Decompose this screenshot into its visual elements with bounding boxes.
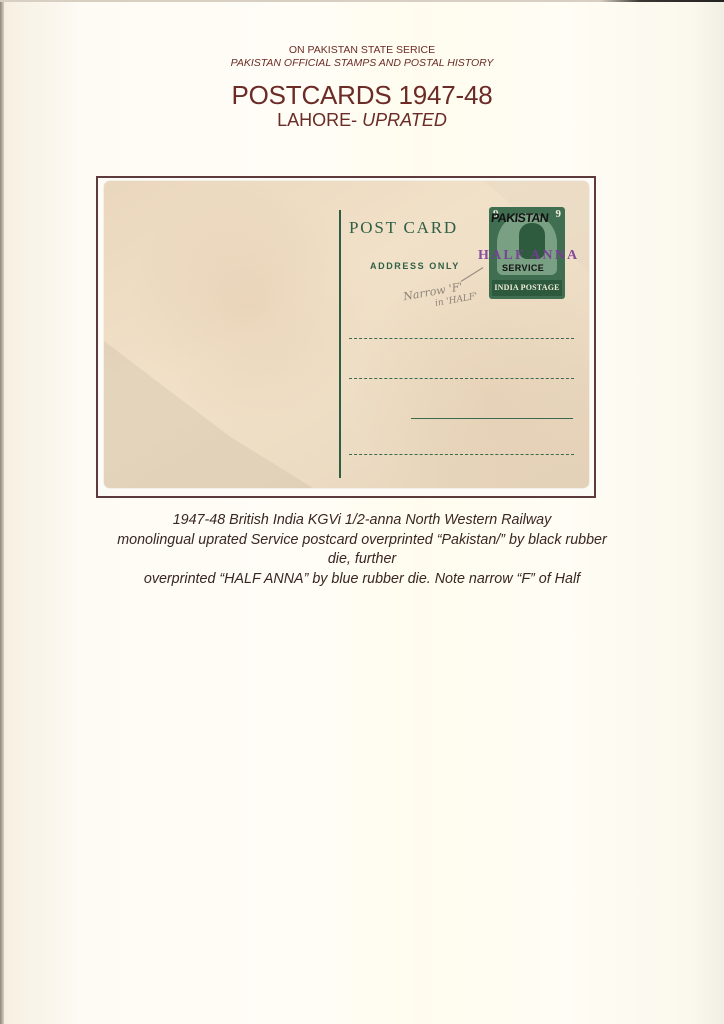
post-card-heading: POST CARD	[349, 218, 458, 238]
address-line	[349, 338, 574, 339]
address-line	[349, 454, 574, 455]
caption-line: monolingual uprated Service postcard ove…	[40, 531, 684, 551]
postcard-image: POST CARD ADDRESS ONLY 9 9 INDIA POSTAGE…	[104, 181, 589, 488]
page-header: ON PAKISTAN STATE SERICE PAKISTAN OFFICI…	[0, 44, 724, 130]
pencil-annotation: Narrow 'F' in 'HALF'	[402, 278, 478, 316]
overprint-half-anna: HALF ANNA	[478, 248, 579, 264]
page-title: POSTCARDS 1947-48	[0, 81, 724, 109]
card-divider-line	[339, 210, 341, 478]
scan-edge-left	[0, 0, 4, 1024]
caption-line: 1947-48 British India KGVi 1/2-anna Nort…	[40, 511, 684, 531]
stamp-footer-label: INDIA POSTAGE	[492, 280, 562, 296]
address-only-label: ADDRESS ONLY	[370, 261, 460, 271]
card-shadow-fold	[104, 341, 334, 488]
address-line	[349, 378, 574, 379]
subtitle-italic: UPRATED	[362, 110, 447, 130]
caption-line: overprinted “HALF ANNA” by blue rubber d…	[40, 570, 684, 590]
subtitle-prefix: LAHORE-	[277, 110, 362, 130]
stamp-value-right: 9	[556, 208, 562, 220]
header-collection-line: ON PAKISTAN STATE SERICE	[0, 44, 724, 57]
address-line	[411, 418, 573, 419]
header-series-line: PAKISTAN OFFICIAL STAMPS AND POSTAL HIST…	[0, 57, 724, 70]
caption-line: die, further	[40, 550, 684, 570]
page-subtitle: LAHORE- UPRATED	[0, 110, 724, 130]
overprint-pakistan: PAKISTAN	[490, 211, 549, 225]
overprint-service: SERVICE	[502, 263, 544, 273]
item-description: 1947-48 British India KGVi 1/2-anna Nort…	[40, 511, 684, 589]
scan-edge-top	[0, 0, 724, 2]
